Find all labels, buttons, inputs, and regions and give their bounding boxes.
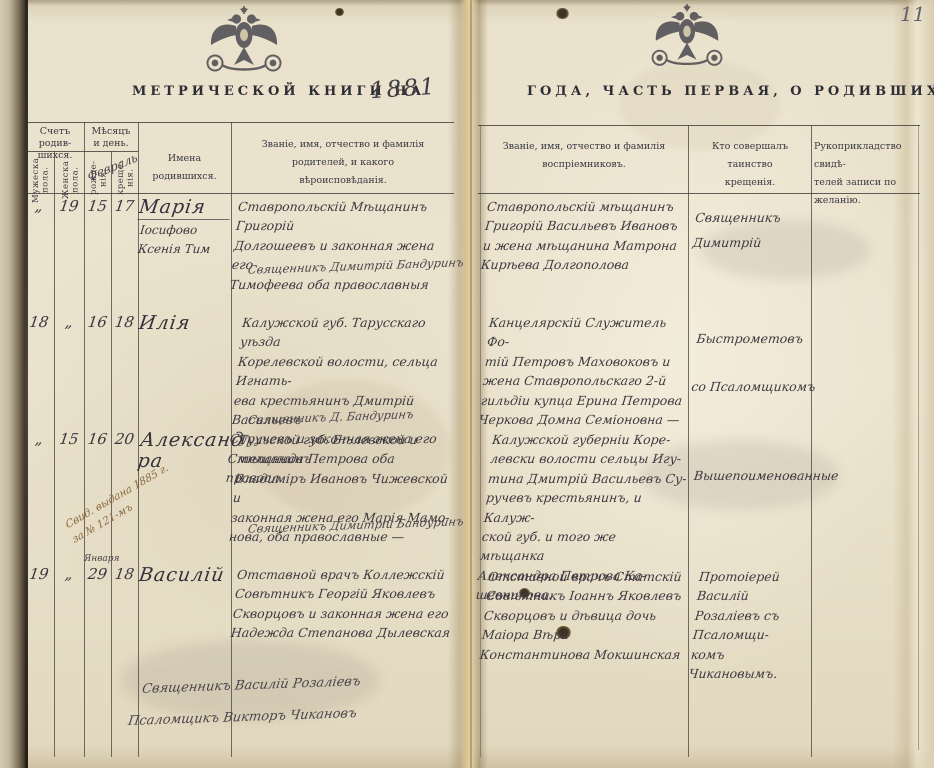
baptism-day: 17 <box>110 197 140 215</box>
male-count: 19 <box>23 565 56 583</box>
record-row: 18 „ 16 18 Илія Калужской губ. Тарусскаг… <box>0 313 934 323</box>
name-column-overflow: Іосифово Ксенія Тим <box>137 221 233 258</box>
table-line <box>26 122 454 123</box>
baptism-day: 18 <box>110 313 140 331</box>
child-name: Марія <box>137 197 232 220</box>
godparents-entry: Отставной врачъ Статскій Совѣтникъ Іоанн… <box>479 567 691 664</box>
performed-by-entry: Священникъ Димитрій <box>691 205 810 255</box>
imperial-eagle-emblem-right <box>648 3 726 75</box>
header-performed: Кто совершалъ таинство крещенія. <box>690 138 810 192</box>
baptism-day: 20 <box>110 430 140 448</box>
header-godparents: Званіе, имя, отчество и фамилія воспріем… <box>484 138 684 174</box>
right-page-edge <box>892 0 934 768</box>
birth-month: Января <box>84 554 111 564</box>
left-page-border <box>25 0 28 768</box>
birth-day: 29 <box>83 565 113 583</box>
record-row: „ 19 15 17 Марія Іосифово Ксенія Тим Ста… <box>0 197 934 207</box>
parents-entry: Ставропольскій Мѣщанинъ Григорій Долгоше… <box>229 197 459 294</box>
parents-entry: Отставной врачъ Коллежскій Совѣтникъ Гео… <box>230 565 458 643</box>
table-line <box>111 151 112 757</box>
record-row: „ 15 16 20 Александ ра Свид. выдана 1885… <box>0 430 934 440</box>
birth-day: 16 <box>83 313 113 331</box>
male-count: „ <box>23 430 56 448</box>
page-number: 11 <box>900 2 925 26</box>
header-names: Имена родившихся. <box>138 150 231 186</box>
table-line <box>54 151 55 757</box>
record-row: 19 „ Января 29 18 Василій Отставной врач… <box>0 565 934 575</box>
ink-blot <box>556 8 569 19</box>
child-name: Александ ра <box>136 430 234 472</box>
female-count: 15 <box>53 430 86 448</box>
header-parents: Званіе, имя, отчество и фамилія родителе… <box>234 136 452 190</box>
binding-crease-line <box>470 0 472 768</box>
female-count: 19 <box>53 197 86 215</box>
performed-by-entry: Протоіерей Василій Розаліевъ съ Псаломщи… <box>688 567 824 683</box>
female-count: „ <box>53 313 86 331</box>
right-page-title: ГОДА, ЧАСТЬ ПЕРВАЯ, О РОДИВШИХСЯ. <box>527 84 934 99</box>
child-name: Василій <box>138 565 233 586</box>
ink-blot <box>335 8 344 16</box>
performed-by-entry: Вышепоименованные <box>693 466 835 485</box>
header-date-group: Мѣсяцъ и день. <box>84 126 138 150</box>
margin-note-certificate: Свид. выдана 1885 г. за № 121-мъ <box>64 459 181 548</box>
male-count: „ <box>23 197 56 215</box>
birth-day: 16 <box>83 430 113 448</box>
child-name: Илія <box>138 313 233 334</box>
performed-by-entry: Быстрометовъ со Псаломщикомъ <box>690 327 827 398</box>
birth-day: 15 <box>83 197 113 215</box>
male-count: 18 <box>23 313 56 331</box>
baptism-day: 18 <box>110 565 140 583</box>
imperial-eagle-emblem-left <box>203 5 285 81</box>
table-line <box>478 125 920 126</box>
godparents-entry: Ставропольскій мѣщанинъ Григорій Василье… <box>480 197 690 275</box>
godparents-entry: Канцелярскій Служитель Фо- тій Петровъ М… <box>478 313 692 429</box>
female-count: „ <box>53 565 86 583</box>
book-left-edge <box>0 0 26 768</box>
handwritten-year: 1881 <box>369 74 437 105</box>
metrical-book-scan: 11 <box>0 0 934 768</box>
